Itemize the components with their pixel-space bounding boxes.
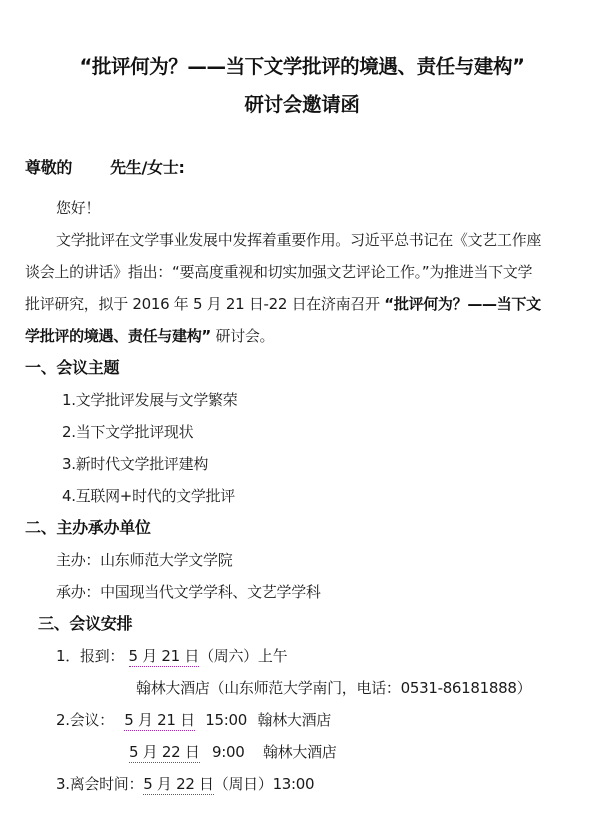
host-organizer: 主办：山东师范大学文学院 [56, 550, 232, 570]
document-subtitle: 研讨会邀请函 [0, 95, 604, 115]
intro-closing: 研讨会。 [215, 327, 274, 345]
registration-label: 1．报到： [56, 647, 124, 665]
greeting: 您好！ [56, 198, 100, 218]
document-title: “批评何为？——当下文学批评的境遇、责任与建构” [0, 57, 604, 77]
section-heading-organizers: 二、主办承办单位 [25, 518, 151, 538]
intro-line-4: 学批评的境遇、责任与建构” 研讨会。 [25, 326, 274, 346]
intro-line-1: 文学批评在文学事业发展中发挥着重要作用。习近平总书记在《文艺工作座 [56, 230, 541, 250]
theme-item: 4.互联网+时代的文学批评 [62, 486, 235, 506]
meeting-day2-venue: 翰林大酒店 [263, 743, 337, 761]
theme-item: 1.文学批评发展与文学繁荣 [62, 390, 237, 410]
salutation-prefix: 尊敬的 [25, 158, 72, 177]
meeting-day2-date: 5 月 22 日 [129, 743, 200, 763]
section-heading-schedule: 三、会议安排 [38, 614, 132, 634]
co-organizer: 承办：中国现当代文学学科、文艺学学科 [56, 582, 321, 602]
salutation: 尊敬的先生/女士: [25, 158, 185, 178]
meeting-day1-venue: 翰林大酒店 [258, 711, 332, 729]
meeting-day2-time: 9:00 [212, 743, 244, 761]
theme-item: 2.当下文学批评现状 [62, 422, 193, 442]
salutation-suffix: 先生/女士: [110, 158, 184, 177]
meeting-day1-time: 15:00 [205, 711, 247, 729]
conference-name-part1: “批评何为？——当下文 [384, 295, 541, 313]
departure-label: 3.离会时间： [56, 775, 143, 793]
departure-detail: （周日）13:00 [214, 775, 315, 793]
schedule-meeting-day2: 5 月 22 日 9:00 翰林大酒店 [129, 742, 336, 762]
section-heading-theme: 一、会议主题 [25, 358, 119, 378]
invitation-document: “批评何为？——当下文学批评的境遇、责任与建构” 研讨会邀请函 尊敬的先生/女士… [0, 0, 604, 822]
intro-line-2: 谈会上的讲话》指出：“要高度重视和切实加强文艺评论工作。”为推进当下文学 [25, 262, 532, 282]
meeting-label: 2.会议： [56, 711, 114, 729]
intro-text: 批评研究，拟于 2016 年 5 月 21 日-22 日在济南召开 [25, 295, 380, 313]
theme-item: 3.新时代文学批评建构 [62, 454, 208, 474]
meeting-day1-date: 5 月 21 日 [124, 711, 195, 731]
registration-venue: 翰林大酒店（山东师范大学南门，电话：0531-86181888） [136, 678, 531, 698]
schedule-registration: 1．报到： 5 月 21 日（周六）上午 [56, 646, 287, 666]
conference-name-part2: 学批评的境遇、责任与建构” [25, 327, 211, 345]
registration-detail: （周六）上午 [199, 647, 287, 665]
intro-line-3: 批评研究，拟于 2016 年 5 月 21 日-22 日在济南召开 “批评何为？… [25, 294, 541, 314]
schedule-departure: 3.离会时间：5 月 22 日（周日）13:00 [56, 774, 314, 794]
departure-date: 5 月 22 日 [143, 775, 214, 795]
schedule-meeting-day1: 2.会议： 5 月 21 日 15:00 翰林大酒店 [56, 710, 331, 730]
registration-date: 5 月 21 日 [129, 647, 200, 667]
